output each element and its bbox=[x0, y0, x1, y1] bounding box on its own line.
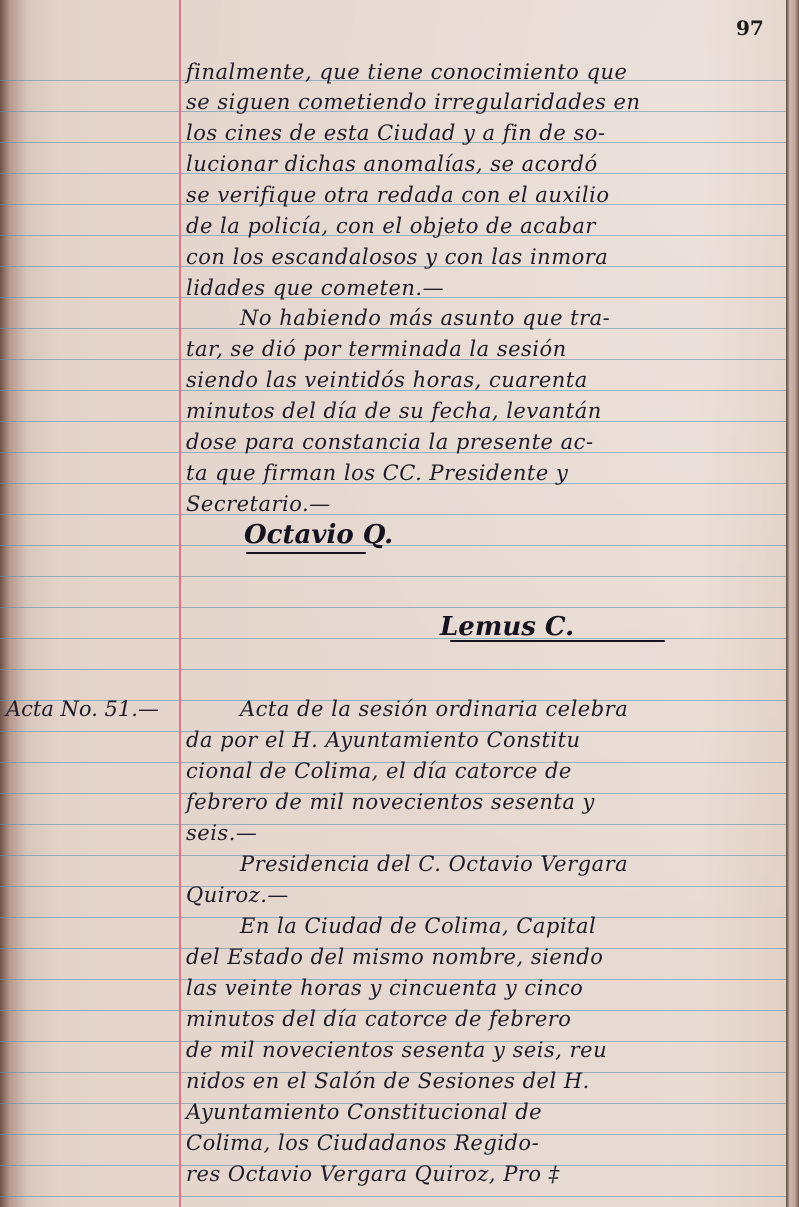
text-line: res Octavio Vergara Quiroz, Pro ‡ bbox=[186, 1162, 776, 1186]
text-line: febrero de mil novecientos sesenta y bbox=[186, 790, 776, 814]
text-line: Colima, los Ciudadanos Regido- bbox=[186, 1131, 776, 1155]
signature-president: Octavio Q. bbox=[244, 520, 393, 550]
text-line: cional de Colima, el día catorce de bbox=[186, 759, 776, 783]
paragraph-start-line: Presidencia del C. Octavio Vergara bbox=[240, 852, 799, 876]
text-line: siendo las veintidós horas, cuarenta bbox=[186, 368, 776, 392]
paragraph-start-line: No habiendo más asunto que tra- bbox=[240, 306, 799, 330]
text-line: con los escandalosos y con las inmora bbox=[186, 245, 776, 269]
text-line: minutos del día de su fecha, levantán bbox=[186, 399, 776, 423]
text-line: se verifique otra redada con el auxilio bbox=[186, 183, 776, 207]
page-number: 97 bbox=[736, 16, 764, 40]
text-line: Secretario.— bbox=[186, 492, 776, 516]
signature-flourish bbox=[450, 640, 665, 642]
text-line: los cines de esta Ciudad y a fin de so- bbox=[186, 121, 776, 145]
page-edge bbox=[786, 0, 799, 1207]
text-line: del Estado del mismo nombre, siendo bbox=[186, 945, 776, 969]
ruled-line bbox=[0, 607, 786, 608]
red-margin-line bbox=[179, 0, 181, 1207]
text-line: dose para constancia la presente ac- bbox=[186, 430, 776, 454]
paragraph-start-line: Acta de la sesión ordinaria celebra bbox=[240, 697, 799, 721]
text-line: tar, se dió por terminada la sesión bbox=[186, 337, 776, 361]
text-line: de mil novecientos sesenta y seis, reu bbox=[186, 1038, 776, 1062]
text-line: las veinte horas y cincuenta y cinco bbox=[186, 976, 776, 1000]
signature-flourish bbox=[246, 552, 366, 554]
text-line: da por el H. Ayuntamiento Constitu bbox=[186, 728, 776, 752]
paragraph-start-line: En la Ciudad de Colima, Capital bbox=[240, 914, 799, 938]
ruled-line bbox=[0, 1196, 786, 1197]
text-line: seis.— bbox=[186, 821, 776, 845]
ruled-line bbox=[0, 576, 786, 577]
text-line: minutos del día catorce de febrero bbox=[186, 1007, 776, 1031]
text-line: de la policía, con el objeto de acabar bbox=[186, 214, 776, 238]
text-line: Ayuntamiento Constitucional de bbox=[186, 1100, 776, 1124]
text-line: Quiroz.— bbox=[186, 883, 776, 907]
ruled-line bbox=[0, 638, 786, 639]
text-line: se siguen cometiendo irregularidades en bbox=[186, 90, 776, 114]
text-line: finalmente, que tiene conocimiento que bbox=[186, 60, 776, 84]
acta-number-margin-title: Acta No. 51.— bbox=[6, 697, 159, 721]
text-line: ta que firman los CC. Presidente y bbox=[186, 461, 776, 485]
text-line: nidos en el Salón de Sesiones del H. bbox=[186, 1069, 776, 1093]
text-line: lucionar dichas anomalías, se acordó bbox=[186, 152, 776, 176]
ruled-line bbox=[0, 669, 786, 670]
text-line: lidades que cometen.— bbox=[186, 276, 776, 300]
signature-secretary: Lemus C. bbox=[440, 612, 574, 642]
